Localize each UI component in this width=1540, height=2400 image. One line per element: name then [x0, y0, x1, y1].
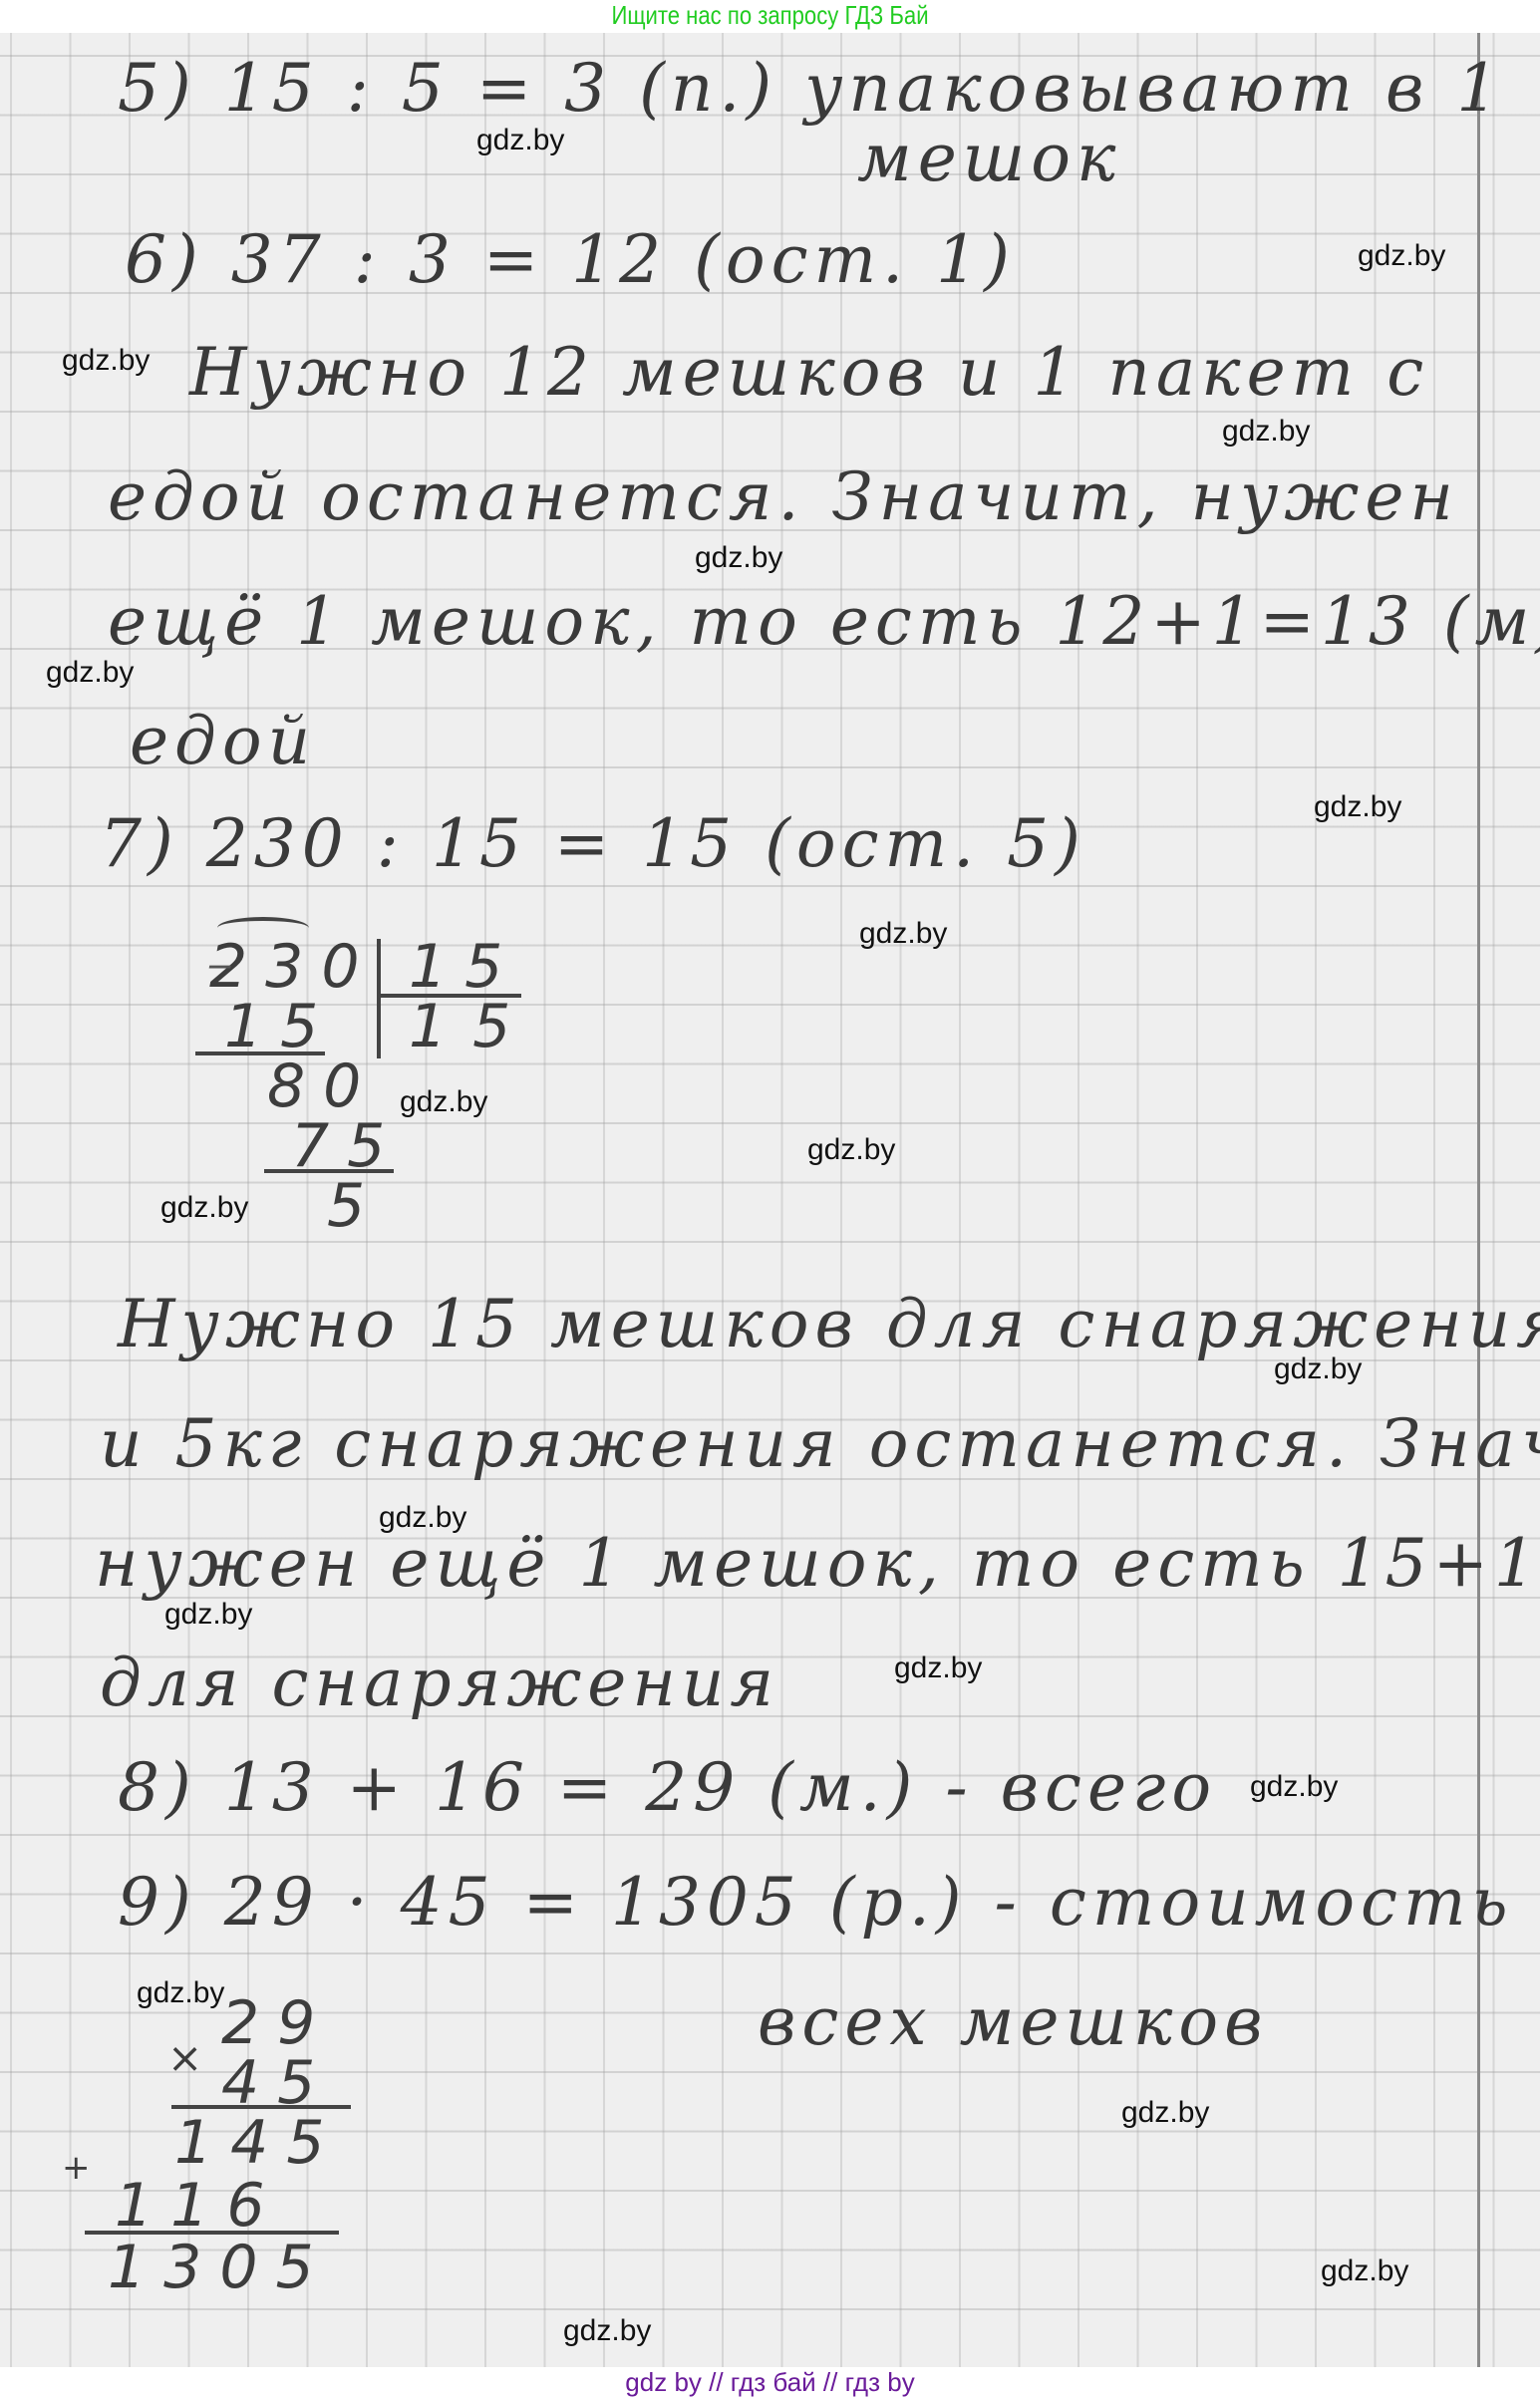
step-9-line-1: 9) 29 · 45 = 1305 (р.) - стоимость: [118, 1864, 1514, 1941]
step-6-line-1: 6) 37 : 3 = 12 (ост. 1): [125, 221, 1016, 298]
text2-line-4: для снаряжения: [100, 1645, 779, 1721]
search-banner: Ищите нас по запросу ГДЗ Бай: [116, 0, 1424, 33]
watermark: gdz.by: [137, 1976, 224, 2010]
step-8-line-1: 8) 13 + 16 = 29 (м.) - всего: [118, 1749, 1217, 1826]
division-bar: [377, 939, 381, 1058]
division-remainder: 5: [327, 1171, 383, 1241]
division-quotient: 15: [409, 992, 536, 1061]
watermark: gdz.by: [1250, 1770, 1338, 1804]
multiplication-result: 1305: [108, 2233, 332, 2302]
watermark: gdz.by: [894, 1651, 982, 1685]
watermark: gdz.by: [62, 344, 150, 378]
watermark: gdz.by: [164, 1598, 252, 1632]
watermark: gdz.by: [160, 1191, 248, 1225]
watermark: gdz.by: [1321, 2254, 1408, 2288]
watermark: gdz.by: [46, 656, 134, 690]
step-9-line-2: всех мешков: [758, 1983, 1269, 2060]
watermark: gdz.by: [476, 124, 564, 157]
text1-line-1: Нужно 12 мешков и 1 пакет с: [189, 334, 1429, 411]
margin-line: [1477, 33, 1480, 2367]
watermark: gdz.by: [1274, 1352, 1362, 1386]
watermark: gdz.by: [563, 2314, 651, 2348]
watermark: gdz.by: [379, 1501, 466, 1535]
watermark: gdz.by: [400, 1085, 487, 1119]
watermark: gdz.by: [1121, 2096, 1209, 2130]
minus-sign-1: ‒: [207, 942, 250, 988]
watermark: gdz.by: [1314, 790, 1401, 824]
plus-sign: +: [62, 2148, 109, 2188]
text1-line-3: ещё 1 мешок, то есть 12+1=13 (м) с: [108, 583, 1540, 660]
watermark: gdz.by: [1358, 239, 1445, 273]
watermark: gdz.by: [807, 1133, 895, 1167]
step-7-line-1: 7) 230 : 15 = 15 (ост. 5): [100, 805, 1086, 882]
text1-line-2: едой останется. Значит, нужен: [108, 458, 1459, 535]
multiply-sign: ×: [167, 2033, 220, 2082]
text2-line-1: Нужно 15 мешков для снаряжения: [118, 1286, 1540, 1362]
footer-links[interactable]: gdz by // гдз бай // гдз by: [0, 2367, 1540, 2400]
step-5-line-2: мешок: [857, 120, 1121, 196]
text2-line-2: и 5кг снаряжения останется. Значит,: [100, 1405, 1540, 1482]
watermark: gdz.by: [695, 541, 782, 575]
text1-line-4: едой: [130, 703, 316, 779]
watermark: gdz.by: [859, 917, 947, 951]
step-5-line-1: 5) 15 : 5 = 3 (п.) упаковывают в 1: [118, 50, 1504, 127]
watermark: gdz.by: [1222, 415, 1310, 449]
multiplication-partial-1: 145: [174, 2108, 343, 2178]
text2-line-3: нужен ещё 1 мешок, то есть 15+1=16(м): [95, 1525, 1540, 1602]
